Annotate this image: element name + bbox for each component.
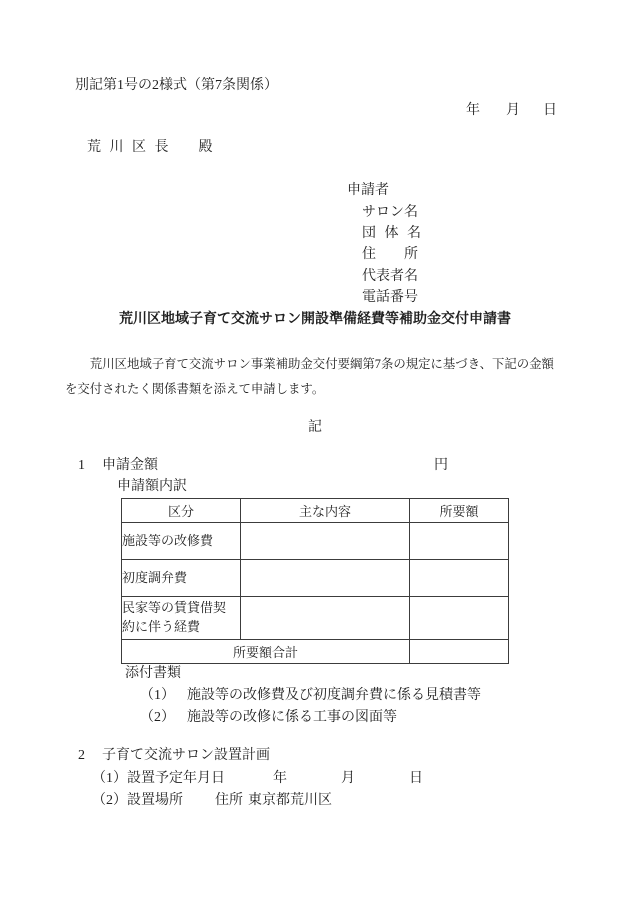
amount-cell — [410, 560, 509, 597]
content-cell — [241, 597, 410, 640]
attachment-item-1-text: 施設等の改修費及び初度調弁費に係る見積書等 — [187, 688, 481, 705]
location-address-label: 住所 — [215, 793, 243, 810]
planned-date-day-label: 日 — [409, 771, 423, 788]
location-number: （2） — [92, 793, 127, 810]
content-cell — [241, 560, 410, 597]
total-label-cell: 所要額合計 — [122, 640, 410, 664]
location-address-value: 東京都荒川区 — [248, 793, 332, 810]
document-title: 荒川区地域子育て交流サロン開設準備経費等補助金交付申請書 — [0, 312, 630, 329]
attachment-item-2-number: （2） — [140, 710, 175, 727]
date-day-label: 日 — [543, 103, 557, 120]
form-reference: 別記第1号の2様式（第7条関係） — [75, 78, 278, 95]
content-cell — [241, 523, 410, 560]
table-header-row: 区分 主な内容 所要額 — [122, 499, 509, 523]
planned-date-number: （1） — [92, 771, 127, 788]
application-form-page: 別記第1号の2様式（第7条関係） 年 月 日 荒 川 区 長殿 申請者 サロン名… — [0, 0, 630, 903]
applicant-field-organization-name: 団 体 名 — [362, 226, 421, 243]
table-total-row: 所要額合計 — [122, 640, 509, 664]
addressee-name: 荒 川 区 長 — [87, 140, 169, 155]
category-cell: 施設等の改修費 — [122, 523, 241, 560]
addressee-honorific: 殿 — [199, 140, 213, 155]
amount-cell — [410, 523, 509, 560]
table-row-lease-expenses: 民家等の賃貸借契 約に伴う経費 — [122, 597, 509, 640]
body-paragraph-line-2: を交付されたく関係書類を添えて申請します。 — [65, 382, 324, 397]
date-year-label: 年 — [466, 103, 480, 120]
ki-marker: 記 — [0, 420, 630, 437]
planned-date-month-label: 月 — [341, 771, 355, 788]
column-header-amount: 所要額 — [410, 499, 509, 523]
column-header-content: 主な内容 — [241, 499, 410, 523]
table-row-initial-outfitting: 初度調弁費 — [122, 560, 509, 597]
attachment-item-1-number: （1） — [140, 688, 175, 705]
applicant-field-representative-name: 代表者名 — [362, 269, 418, 286]
category-cell: 初度調弁費 — [122, 560, 241, 597]
date-month-label: 月 — [506, 103, 520, 120]
section2-title: 子育て交流サロン設置計画 — [102, 748, 270, 765]
column-header-category: 区分 — [122, 499, 241, 523]
application-amount-label: 申請金額 — [102, 458, 158, 475]
total-amount-cell — [410, 640, 509, 664]
planned-date-year-label: 年 — [273, 771, 287, 788]
amount-cell — [410, 597, 509, 640]
attachments-label: 添付書類 — [125, 666, 181, 683]
yen-unit-label: 円 — [434, 458, 448, 475]
addressee-line: 荒 川 区 長殿 — [87, 140, 213, 157]
category-cell: 民家等の賃貸借契 約に伴う経費 — [122, 597, 241, 640]
section1-number: 1 — [78, 458, 85, 475]
applicant-field-salon-name: サロン名 — [362, 205, 418, 222]
applicant-field-address: 住 所 — [362, 247, 418, 264]
attachment-item-2-text: 施設等の改修に係る工事の図面等 — [187, 710, 397, 727]
body-paragraph-line-1: 荒川区地域子育て交流サロン事業補助金交付要綱第7条の規定に基づき、下記の金額 — [65, 357, 554, 372]
location-label: 設置場所 — [127, 793, 183, 810]
planned-date-label: 設置予定年月日 — [127, 771, 225, 788]
applicant-field-phone-number: 電話番号 — [362, 290, 418, 307]
applicant-label: 申請者 — [347, 183, 389, 200]
section2-number: 2 — [78, 748, 85, 765]
breakdown-table: 区分 主な内容 所要額 施設等の改修費 初度調弁費 民家等の賃貸借契 約に伴う経… — [121, 498, 509, 664]
breakdown-label: 申請額内訳 — [117, 479, 187, 496]
table-row-renovation: 施設等の改修費 — [122, 523, 509, 560]
